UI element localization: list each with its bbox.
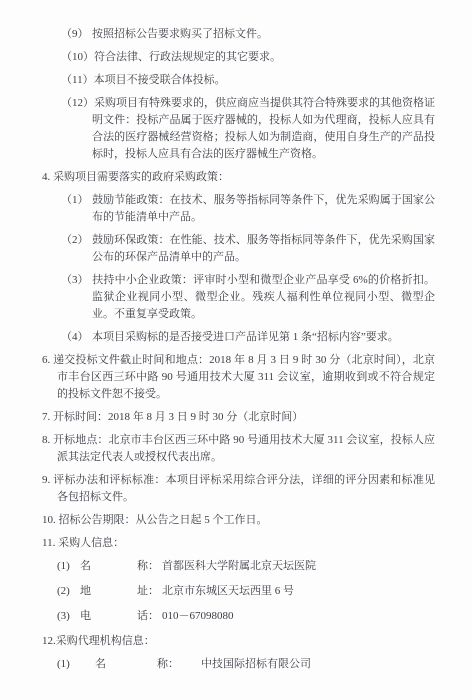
item-marker: 9. bbox=[42, 474, 53, 486]
contact-key: 地 bbox=[80, 583, 137, 600]
item-marker: （9） bbox=[61, 26, 92, 43]
item-text: 采购项目有特殊要求的，供应商应当提供其符合特殊要求的其他资格证明文件：投标产品属… bbox=[92, 97, 435, 160]
item-text: 本项目采购标的是否接受进口产品详见第 1 条“招标内容”要求。 bbox=[92, 331, 399, 343]
list-item: （1）鼓励节能政策：在技术、服务等指标同等条件下，优先采购属于国家公布的节能清单… bbox=[42, 192, 435, 226]
contact-key: 名 bbox=[95, 656, 157, 673]
item-text: 扶持中小企业政策：评审时小型和微型企业产品享受 6%的价格折扣。监狱企业视同小型… bbox=[92, 274, 435, 320]
contact-key2: 址： bbox=[137, 585, 159, 597]
contact-value: 010－67098080 bbox=[162, 610, 234, 622]
list-item: 4. 采购项目需要落实的政府采购政策： bbox=[42, 169, 435, 186]
item-marker: 8. bbox=[42, 434, 53, 446]
list-item: 8. 开标地点：北京市丰台区西三环中路 90 号通用技术大厦 311 会议室，投… bbox=[42, 432, 435, 466]
item-text: 采购代理机构信息： bbox=[56, 635, 155, 647]
list-item: 11. 采购人信息： bbox=[42, 535, 435, 552]
list-item: 9. 评标办法和评标标准：本项目评标采用综合评分法，详细的评分因素和标准见各包招… bbox=[42, 472, 435, 506]
contact-line: (2)地址：北京市东城区天坛西里 6 号 bbox=[42, 583, 435, 600]
item-text: 采购项目需要落实的政府采购政策： bbox=[53, 171, 229, 183]
contact-line: (3)电话：010－67098080 bbox=[42, 608, 435, 625]
list-item: （2）鼓励环保政策：在性能、技术、服务等指标同等条件下，优先采购国家公布的环保产… bbox=[42, 232, 435, 266]
item-marker: （3） bbox=[61, 272, 92, 289]
list-item: （10）符合法律、行政法规规定的其它要求。 bbox=[42, 49, 435, 66]
contact-line: (1)名称：首都医科大学附属北京天坛医院 bbox=[42, 558, 435, 575]
item-text: 本项目不接受联合体投标。 bbox=[94, 74, 226, 86]
contact-key: 名 bbox=[80, 558, 137, 575]
list-item: （3）扶持中小企业政策：评审时小型和微型企业产品享受 6%的价格折扣。监狱企业视… bbox=[42, 272, 435, 323]
contact-key: 电 bbox=[80, 608, 137, 625]
item-marker: 7. bbox=[42, 411, 53, 423]
contact-key2: 话： bbox=[137, 610, 159, 622]
document-body: （9）按照招标公告要求购买了招标文件。（10）符合法律、行政法规规定的其它要求。… bbox=[42, 26, 435, 673]
list-item: 10. 招标公告期限：从公告之日起 5 个工作日。 bbox=[42, 512, 435, 529]
list-item: （4）本项目采购标的是否接受进口产品详见第 1 条“招标内容”要求。 bbox=[42, 329, 435, 346]
item-marker: （12） bbox=[61, 95, 94, 112]
item-text: 符合法律、行政法规规定的其它要求。 bbox=[94, 51, 281, 63]
item-marker: 10. bbox=[42, 514, 59, 526]
item-marker: (2) bbox=[57, 583, 80, 600]
contact-value: 首都医科大学附属北京天坛医院 bbox=[162, 560, 316, 572]
item-marker: （2） bbox=[61, 232, 92, 249]
item-marker: (1) bbox=[57, 656, 95, 673]
item-text: 鼓励环保政策：在性能、技术、服务等指标同等条件下，优先采购国家公布的环保产品清单… bbox=[92, 234, 435, 263]
contact-line: (1)名称：中技国际招标有限公司 bbox=[42, 656, 435, 673]
item-text: 开标地点：北京市丰台区西三环中路 90 号通用技术大厦 311 会议室，投标人应… bbox=[53, 434, 435, 463]
list-item: （9）按照招标公告要求购买了招标文件。 bbox=[42, 26, 435, 43]
item-marker: (1) bbox=[57, 558, 80, 575]
list-item: （12）采购项目有特殊要求的，供应商应当提供其符合特殊要求的其他资格证明文件：投… bbox=[42, 95, 435, 163]
item-marker: 4. bbox=[42, 171, 53, 183]
item-text: 按照招标公告要求购买了招标文件。 bbox=[92, 28, 268, 40]
item-marker: (3) bbox=[57, 608, 80, 625]
document-page: （9）按照招标公告要求购买了招标文件。（10）符合法律、行政法规规定的其它要求。… bbox=[0, 0, 472, 700]
contact-value: 北京市东城区天坛西里 6 号 bbox=[162, 585, 294, 597]
list-item: （11）本项目不接受联合体投标。 bbox=[42, 72, 435, 89]
list-item: 12.采购代理机构信息： bbox=[42, 633, 435, 650]
item-marker: （4） bbox=[61, 329, 92, 346]
item-marker: 11. bbox=[42, 537, 58, 549]
contact-value: 中技国际招标有限公司 bbox=[201, 658, 311, 670]
list-item: 7. 开标时间：2018 年 8 月 3 日 9 时 30 分（北京时间） bbox=[42, 409, 435, 426]
item-text: 开标时间：2018 年 8 月 3 日 9 时 30 分（北京时间） bbox=[53, 411, 303, 423]
item-marker: （10） bbox=[61, 49, 94, 66]
item-text: 招标公告期限：从公告之日起 5 个工作日。 bbox=[59, 514, 268, 526]
contact-key2: 称： bbox=[137, 560, 159, 572]
item-marker: （1） bbox=[61, 192, 92, 209]
list-item: 6. 递交投标文件截止时间和地点：2018 年 8 月 3 日 9 时 30 分… bbox=[42, 352, 435, 403]
item-marker: （11） bbox=[61, 72, 94, 89]
item-text: 递交投标文件截止时间和地点：2018 年 8 月 3 日 9 时 30 分（北京… bbox=[53, 354, 435, 400]
item-text: 评标办法和评标标准：本项目评标采用综合评分法，详细的评分因素和标准见各包招标文件… bbox=[53, 474, 435, 503]
item-text: 采购人信息： bbox=[58, 537, 124, 549]
contact-key2: 称： bbox=[157, 658, 179, 670]
item-text: 鼓励节能政策：在技术、服务等指标同等条件下，优先采购属于国家公布的节能清单中产品… bbox=[92, 194, 435, 223]
item-marker: 6. bbox=[42, 354, 53, 366]
item-marker: 12. bbox=[42, 635, 56, 647]
